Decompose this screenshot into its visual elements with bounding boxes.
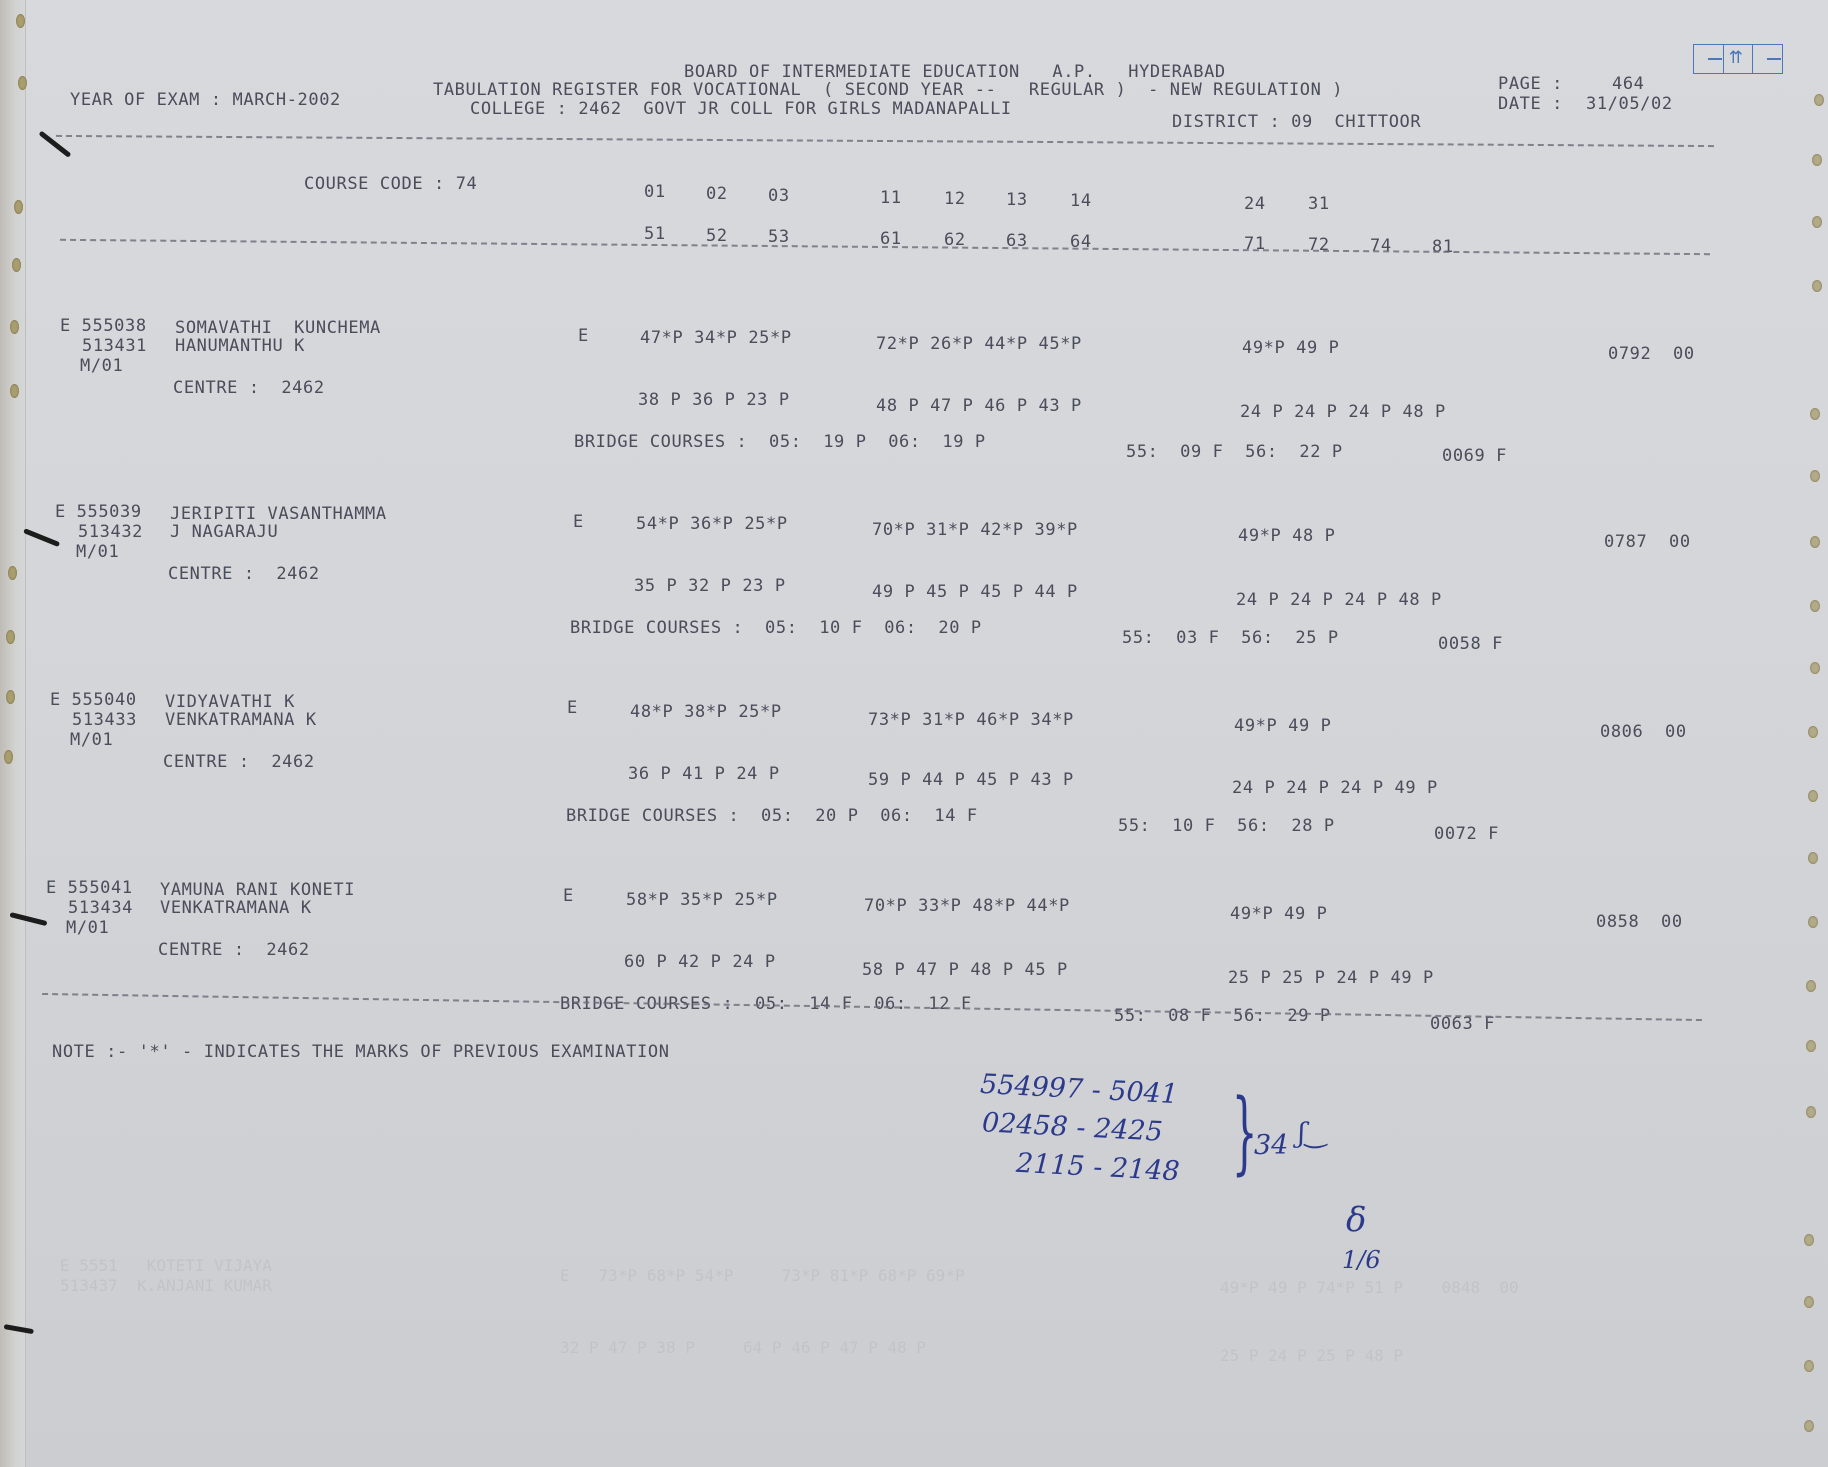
bleed-through-text: 32 P 47 P 38 P 64 P 46 P 47 P 48 P	[560, 1338, 926, 1357]
sex-medium: M/01	[66, 920, 109, 937]
bridge-courses: BRIDGE COURSES : 05: 19 P 06: 19 P	[574, 434, 986, 451]
feed-hole	[1810, 536, 1820, 548]
feed-hole	[1810, 408, 1820, 420]
bridge-courses-2: 55: 03 F 56: 25 P	[1122, 630, 1339, 647]
grand-total: 0806 00	[1600, 724, 1687, 741]
father-name: VENKATRAMANA K	[165, 712, 317, 729]
board-title: BOARD OF INTERMEDIATE EDUCATION A.P. HYD…	[684, 64, 1226, 81]
feed-hole	[1812, 216, 1822, 228]
tractor-feed-margin	[0, 0, 26, 1467]
feed-hole	[1804, 1234, 1814, 1246]
feed-hole	[1808, 916, 1818, 928]
feed-hole	[1806, 1106, 1816, 1118]
grand-total: 0792 00	[1608, 346, 1695, 363]
feed-hole	[10, 384, 19, 398]
marks-row2-group2: 58 P 47 P 48 P 45 P	[862, 962, 1068, 979]
student-name: YAMUNA RANI KONETI	[160, 882, 355, 899]
marks-row2-group3: 24 P 24 P 24 P 48 P	[1236, 592, 1442, 609]
feed-hole	[1812, 280, 1822, 292]
feed-hole	[12, 258, 21, 272]
registration-number: E 555039	[55, 504, 142, 521]
handwritten-range-2: 02458 - 2425	[981, 1107, 1163, 1147]
roll-number: 513432	[78, 524, 143, 541]
marks-row1-group3: 49*P 49 P	[1230, 906, 1328, 923]
feed-hole	[1808, 726, 1818, 738]
registration-number: E 555040	[50, 692, 137, 709]
col-code: 14	[1070, 193, 1092, 210]
marks-row2-group3: 24 P 24 P 24 P 48 P	[1240, 404, 1446, 421]
feed-hole	[1814, 94, 1824, 106]
scanned-tabulation-page: ⇈ BOARD OF INTERMEDIATE EDUCATION A.P. H…	[0, 0, 1828, 1467]
centre: CENTRE : 2462	[163, 754, 315, 771]
bridge-courses-2: 55: 10 F 56: 28 P	[1118, 818, 1335, 835]
feed-hole	[6, 630, 15, 644]
col-code: 01	[644, 184, 666, 201]
bridge-total: 0072 F	[1434, 826, 1499, 843]
bridge-total: 0069 F	[1442, 448, 1507, 465]
marks-row1-group2: 70*P 31*P 42*P 39*P	[872, 522, 1078, 539]
bridge-courses: BRIDGE COURSES : 05: 20 P 06: 14 F	[566, 808, 978, 825]
handwritten-count: 34	[1254, 1130, 1288, 1161]
marker-tick	[23, 528, 60, 547]
col-code: 12	[944, 191, 966, 208]
col-code: 31	[1308, 196, 1330, 213]
sex-medium: M/01	[80, 358, 123, 375]
handwritten-range-1: 554997 - 5041	[979, 1069, 1178, 1110]
bleed-through-text: E 73*P 68*P 54*P 73*P 81*P 68*P 69*P	[560, 1266, 965, 1285]
father-name: HANUMANTHU K	[175, 338, 305, 355]
marks-row2-group1: 60 P 42 P 24 P	[624, 954, 776, 971]
bridge-courses: BRIDGE COURSES : 05: 10 F 06: 20 P	[570, 620, 982, 637]
roll-number: 513433	[72, 712, 137, 729]
col-code: 24	[1244, 196, 1266, 213]
handwritten-range-3: 2115 - 2148	[1015, 1148, 1180, 1188]
course-code: COURSE CODE : 74	[304, 176, 477, 193]
feed-hole	[8, 566, 17, 580]
handwritten-initial: δ	[1346, 1200, 1366, 1240]
grand-total: 0858 00	[1596, 914, 1683, 931]
signature-mark-icon: ʃ‿	[1298, 1118, 1327, 1149]
feed-hole	[1810, 470, 1820, 482]
registration-number: E 555038	[60, 318, 147, 335]
feed-hole	[18, 76, 27, 90]
feed-hole	[14, 200, 23, 214]
father-name: J NAGARAJU	[170, 524, 278, 541]
marks-row1-group3: 49*P 49 P	[1242, 340, 1340, 357]
col-code: 52	[706, 228, 728, 245]
handwritten-date: 1/6	[1342, 1246, 1381, 1274]
year-of-exam: YEAR OF EXAM : MARCH-2002	[70, 92, 341, 109]
sex-medium: M/01	[76, 544, 119, 561]
up-arrows-stamp-icon: ⇈	[1693, 44, 1783, 74]
student-name: VIDYAVATHI K	[165, 694, 295, 711]
bridge-total: 0058 F	[1438, 636, 1503, 653]
exam-flag: E	[578, 328, 589, 345]
registration-number: E 555041	[46, 880, 133, 897]
feed-hole	[16, 14, 25, 28]
father-name: VENKATRAMANA K	[160, 900, 312, 917]
marks-row2-group2: 49 P 45 P 45 P 44 P	[872, 584, 1078, 601]
footnote: NOTE :- '*' - INDICATES THE MARKS OF PRE…	[52, 1044, 670, 1061]
marks-row1-group2: 73*P 31*P 46*P 34*P	[868, 712, 1074, 729]
feed-hole	[1806, 980, 1816, 992]
feed-hole	[6, 690, 15, 704]
register-title: TABULATION REGISTER FOR VOCATIONAL ( SEC…	[433, 82, 1343, 99]
centre: CENTRE : 2462	[173, 380, 325, 397]
roll-number: 513434	[68, 900, 133, 917]
marks-row2-group3: 25 P 25 P 24 P 49 P	[1228, 970, 1434, 987]
divider	[56, 135, 1714, 147]
col-code: 03	[768, 188, 790, 205]
marks-row1-group1: 47*P 34*P 25*P	[640, 330, 792, 347]
bleed-through-text: 25 P 24 P 25 P 48 P	[1220, 1346, 1403, 1365]
student-name: JERIPITI VASANTHAMMA	[170, 506, 387, 523]
bridge-total: 0063 F	[1430, 1016, 1495, 1033]
marks-row1-group3: 49*P 49 P	[1234, 718, 1332, 735]
centre: CENTRE : 2462	[168, 566, 320, 583]
col-code: 13	[1006, 192, 1028, 209]
exam-flag: E	[573, 514, 584, 531]
col-code: 51	[644, 226, 666, 243]
marks-row1-group1: 54*P 36*P 25*P	[636, 516, 788, 533]
grand-total: 0787 00	[1604, 534, 1691, 551]
bridge-courses-2: 55: 09 F 56: 22 P	[1126, 444, 1343, 461]
student-name: SOMAVATHI KUNCHEMA	[175, 320, 381, 337]
col-code: 02	[706, 186, 728, 203]
marks-row2-group1: 36 P 41 P 24 P	[628, 766, 780, 783]
marks-row2-group2: 48 P 47 P 46 P 43 P	[876, 398, 1082, 415]
col-code: 74	[1370, 238, 1392, 255]
bleed-through-text: 49*P 49 P 74*P 51 P 0848 00	[1220, 1278, 1519, 1297]
feed-hole	[1804, 1420, 1814, 1432]
marks-row2-group1: 38 P 36 P 23 P	[638, 392, 790, 409]
centre: CENTRE : 2462	[158, 942, 310, 959]
feed-hole	[1810, 600, 1820, 612]
marks-row2-group3: 24 P 24 P 24 P 49 P	[1232, 780, 1438, 797]
marks-row1-group1: 48*P 38*P 25*P	[630, 704, 782, 721]
date-label: DATE :	[1498, 96, 1563, 113]
feed-hole	[1806, 1040, 1816, 1052]
marks-row2-group1: 35 P 32 P 23 P	[634, 578, 786, 595]
page-number: 464	[1612, 76, 1645, 93]
district: DISTRICT : 09 CHITTOOR	[1172, 114, 1421, 131]
col-code: 81	[1432, 239, 1454, 256]
marks-row1-group3: 49*P 48 P	[1238, 528, 1336, 545]
feed-hole	[1808, 852, 1818, 864]
roll-number: 513431	[82, 338, 147, 355]
feed-hole	[1804, 1296, 1814, 1308]
sex-medium: M/01	[70, 732, 113, 749]
feed-hole	[1804, 1360, 1814, 1372]
feed-hole	[1808, 790, 1818, 802]
feed-hole	[1810, 662, 1820, 674]
bleed-through-text: 513437 K.ANJANI KUMAR	[60, 1276, 272, 1295]
feed-hole	[4, 750, 13, 764]
col-code: 53	[768, 229, 790, 246]
feed-hole	[1812, 154, 1822, 166]
exam-flag: E	[567, 700, 578, 717]
exam-flag: E	[563, 888, 574, 905]
feed-hole	[10, 320, 19, 334]
marks-row1-group1: 58*P 35*P 25*P	[626, 892, 778, 909]
marks-row1-group2: 72*P 26*P 44*P 45*P	[876, 336, 1082, 353]
marks-row1-group2: 70*P 33*P 48*P 44*P	[864, 898, 1070, 915]
bleed-through-text: E 5551 KOTETI VIJAYA	[60, 1256, 272, 1275]
col-code: 11	[880, 190, 902, 207]
print-date: 31/05/02	[1586, 96, 1673, 113]
marks-row2-group2: 59 P 44 P 45 P 43 P	[868, 772, 1074, 789]
page-label: PAGE :	[1498, 76, 1563, 93]
college-name: COLLEGE : 2462 GOVT JR COLL FOR GIRLS MA…	[470, 101, 1012, 118]
